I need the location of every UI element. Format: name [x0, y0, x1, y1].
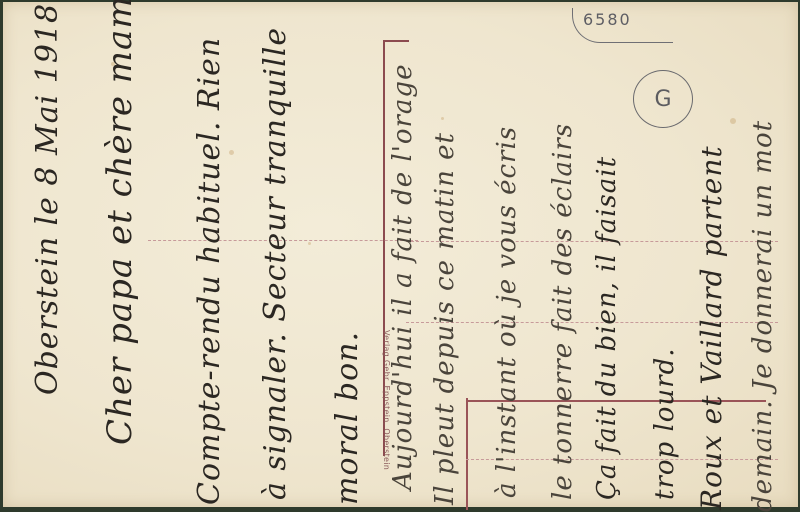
letter-line: à l'instant où je vous écris — [492, 126, 522, 498]
letter-line: Aujourd'hui il a fait de l'orage — [388, 64, 418, 490]
letter-salutation: Cher papa et chère maman — [100, 0, 140, 445]
letter-line: Il pleut depuis ce matin et — [430, 132, 460, 505]
letter-line: Ça fait du bien, il faisait — [592, 156, 622, 500]
stamp-box-line-vertical — [466, 398, 468, 510]
archive-number: 6580 — [583, 10, 632, 29]
grade-mark: G — [633, 70, 693, 128]
letter-line: demain. Je donnerai un mot — [748, 120, 778, 512]
grade-letter: G — [654, 87, 671, 112]
letter-line: moral bon. — [330, 331, 365, 505]
letter-line: à signaler. Secteur tranquille — [258, 27, 293, 500]
letter-line: Compte-rendu habituel. Rien — [192, 37, 227, 505]
letter-line: le tonnerre fait des éclairs — [548, 123, 578, 500]
letter-line: trop lourd. — [650, 348, 680, 501]
printed-divider-cap — [383, 40, 409, 42]
letter-dateline: Oberstein le 8 Mai 1918 — [30, 3, 65, 395]
letter-line: Roux et Vaillard partent — [695, 145, 728, 510]
